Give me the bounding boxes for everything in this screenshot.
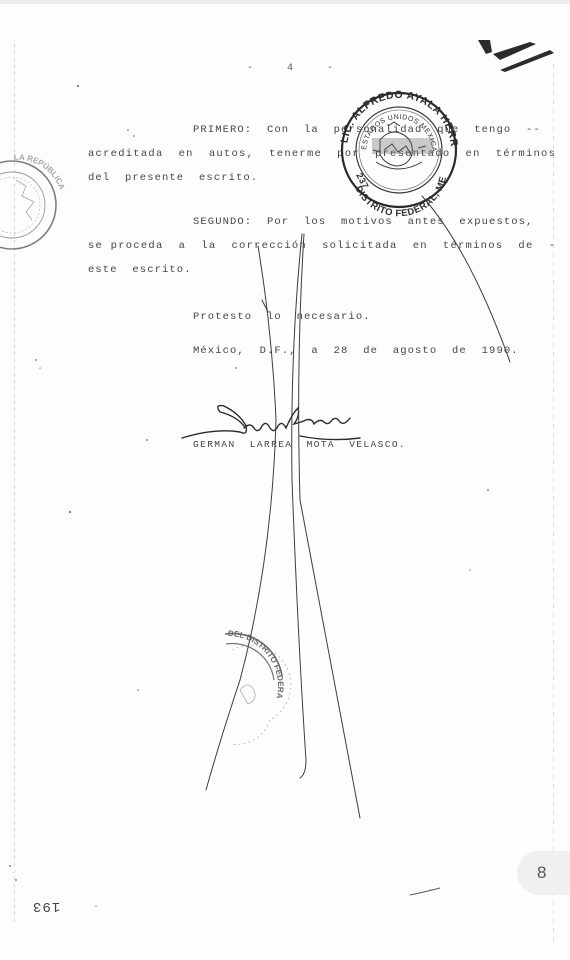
page-indicator-badge[interactable]: 8	[517, 851, 570, 895]
notary-seal-outer-text: LIC. ALFREDO AYALA HERRERA	[0, 0, 460, 148]
svg-text:LIC. ALFREDO AYALA HERRERA: LIC. ALFREDO AYALA HERRERA	[0, 0, 460, 148]
pen-strokes	[206, 196, 510, 818]
scan-mark	[410, 888, 440, 895]
corner-mark-top-right	[478, 40, 554, 72]
svg-text:DEL DISTRITO FEDERAL: DEL DISTRITO FEDERAL	[0, 0, 285, 700]
notary-seal-inner-text: ESTADOS UNIDOS MEXICANOS	[0, 0, 437, 152]
notary-seal-stamp: LIC. ALFREDO AYALA HERRERA DISTRITO FEDE…	[0, 0, 460, 219]
scan-markings: LIC. ALFREDO AYALA HERRERA DISTRITO FEDE…	[0, 0, 570, 960]
partial-seal-left: LA REPÚBLICA	[0, 153, 67, 249]
handwritten-signature	[182, 406, 360, 440]
partial-seal-bottom-text: DEL DISTRITO FEDERAL	[0, 0, 285, 700]
svg-text:ESTADOS UNIDOS MEXICANOS: ESTADOS UNIDOS MEXICANOS	[0, 0, 437, 152]
partial-seal-bottom: DEL DISTRITO FEDERAL	[0, 0, 291, 744]
